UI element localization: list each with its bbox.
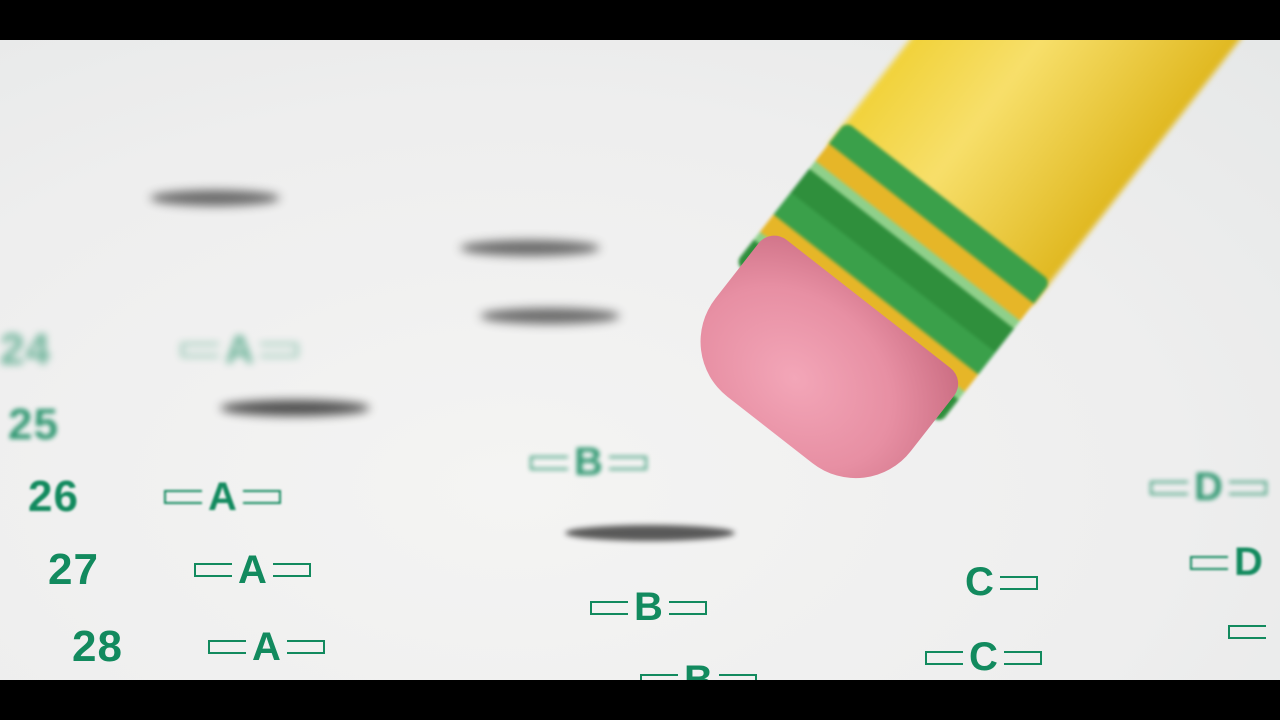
- photo: 24 A 25 26 A B D 27 A C D 28 A: [0, 40, 1280, 680]
- choice-bubble: A: [194, 548, 311, 593]
- choice-bubble: A: [181, 328, 298, 373]
- choice-bubble: [1228, 625, 1272, 639]
- choice-label: C: [969, 635, 998, 680]
- choice-bubble: B: [530, 440, 647, 485]
- answer-row: 27 A: [48, 545, 311, 595]
- choice-label: A: [208, 475, 237, 520]
- choice-label: A: [252, 625, 281, 670]
- choice-label: B: [574, 440, 603, 485]
- filled-bubble-mark: [150, 190, 280, 206]
- filled-bubble-mark: [480, 308, 620, 324]
- pencil: [668, 40, 1255, 510]
- answer-row: 25: [8, 400, 59, 450]
- choice-label: A: [225, 328, 254, 373]
- choice-bubble: B: [590, 585, 707, 630]
- choice-label: B: [684, 658, 713, 680]
- letterbox-bottom: [0, 680, 1280, 720]
- answer-row: 28 A: [72, 622, 325, 672]
- choice-label: A: [238, 548, 267, 593]
- choice-bubble: B: [640, 658, 757, 680]
- choice-label: D: [1194, 465, 1223, 510]
- question-number: 27: [48, 545, 99, 595]
- filled-bubble-mark: [565, 525, 735, 541]
- choice-bubble: D: [1150, 465, 1267, 510]
- question-number: 26: [28, 472, 79, 522]
- letterbox-top: [0, 0, 1280, 40]
- choice-bubble: D: [1190, 540, 1263, 585]
- question-number: 25: [8, 400, 59, 450]
- choice-label: C: [965, 560, 994, 605]
- choice-bubble: A: [164, 475, 281, 520]
- choice-bubble: A: [208, 625, 325, 670]
- choice-bubble: C: [965, 560, 1038, 605]
- filled-bubble-mark: [460, 240, 600, 256]
- filled-bubble-mark: [220, 400, 370, 416]
- choice-bubble: C: [925, 635, 1042, 680]
- question-number: 28: [72, 622, 123, 672]
- answer-row: 24 A: [0, 325, 298, 375]
- choice-label: B: [634, 585, 663, 630]
- question-number: 24: [0, 325, 51, 375]
- choice-label: D: [1234, 540, 1263, 585]
- answer-row: 26 A: [28, 472, 281, 522]
